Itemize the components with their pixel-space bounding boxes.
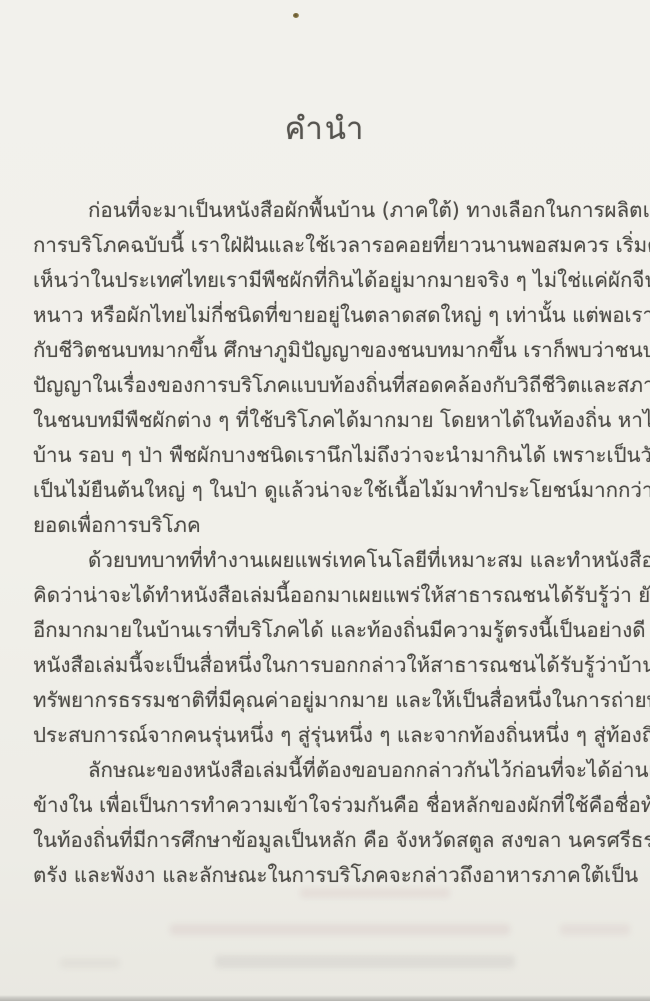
paragraph-1: ก่อนที่จะมาเป็นหนังสือผักพื้นบ้าน (ภาคใต… [33,193,625,543]
scanned-book-page: คำนำ ก่อนที่จะมาเป็นหนังสือผักพื้นบ้าน (… [0,0,650,1001]
show-through-mark [300,888,450,898]
show-through-mark [60,958,120,968]
text-line: เห็นว่าในประเทศไทยเรามีพืชผักที่กินได้อย… [33,263,625,298]
text-line: ประสบการณ์จากคนรุ่นหนึ่ง ๆ สู่รุ่นหนึ่ง … [33,718,625,753]
paragraph-3: ลักษณะของหนังสือเล่มนี้ที่ต้องขอบอกกล่าว… [33,753,625,893]
show-through-mark [170,924,510,935]
preface-title: คำนำ [0,103,650,153]
show-through-mark [215,955,515,968]
text-line: อีกมากมายในบ้านเราที่บริโภคได้ และท้องถิ… [33,613,625,648]
text-line: ด้วยบทบาทที่ทำงานเผยแพร่เทคโนโลยีที่เหมา… [33,543,625,578]
text-line: คิดว่าน่าจะได้ทำหนังสือเล่มนี้ออกมาเผยแพ… [33,578,625,613]
paragraph-2: ด้วยบทบาทที่ทำงานเผยแพร่เทคโนโลยีที่เหมา… [33,543,625,753]
text-line: กับชีวิตชนบทมากขึ้น ศึกษาภูมิปัญญาของชนบ… [33,333,625,368]
text-line: ในท้องถิ่นที่มีการศึกษาข้อมูลเป็นหลัก คื… [33,823,625,858]
show-through-mark [560,924,630,935]
page-bottom-scan-edge [0,995,650,1001]
text-line: ก่อนที่จะมาเป็นหนังสือผักพื้นบ้าน (ภาคใต… [33,193,625,228]
paper-speck [293,13,299,18]
text-line: หนังสือเล่มนี้จะเป็นสื่อหนึ่งในการบอกกล่… [33,648,625,683]
text-line: หนาว หรือผักไทยไม่กี่ชนิดที่ขายอยู่ในตลา… [33,298,625,333]
text-line: บ้าน รอบ ๆ ป่า พืชผักบางชนิดเรานึกไม่ถึง… [33,438,625,473]
preface-body: ก่อนที่จะมาเป็นหนังสือผักพื้นบ้าน (ภาคใต… [33,193,625,893]
text-line: ลักษณะของหนังสือเล่มนี้ที่ต้องขอบอกกล่าว… [33,753,625,788]
text-line: เป็นไม้ยืนต้นใหญ่ ๆ ในป่า ดูแล้วน่าจะใช้… [33,473,625,508]
text-line: ข้างใน เพื่อเป็นการทำความเข้าใจร่วมกันคื… [33,788,625,823]
text-line: การบริโภคฉบับนี้ เราใฝ่ฝันและใช้เวลารอคอ… [33,228,625,263]
text-line: ปัญญาในเรื่องของการบริโภคแบบท้องถิ่นที่ส… [33,368,625,403]
text-line: ยอดเพื่อการบริโภค [33,508,625,543]
text-line: ทรัพยากรธรรมชาติที่มีคุณค่าอยู่มากมาย แล… [33,683,625,718]
text-line: ในชนบทมีพืชผักต่าง ๆ ที่ใช้บริโภคได้มากม… [33,403,625,438]
